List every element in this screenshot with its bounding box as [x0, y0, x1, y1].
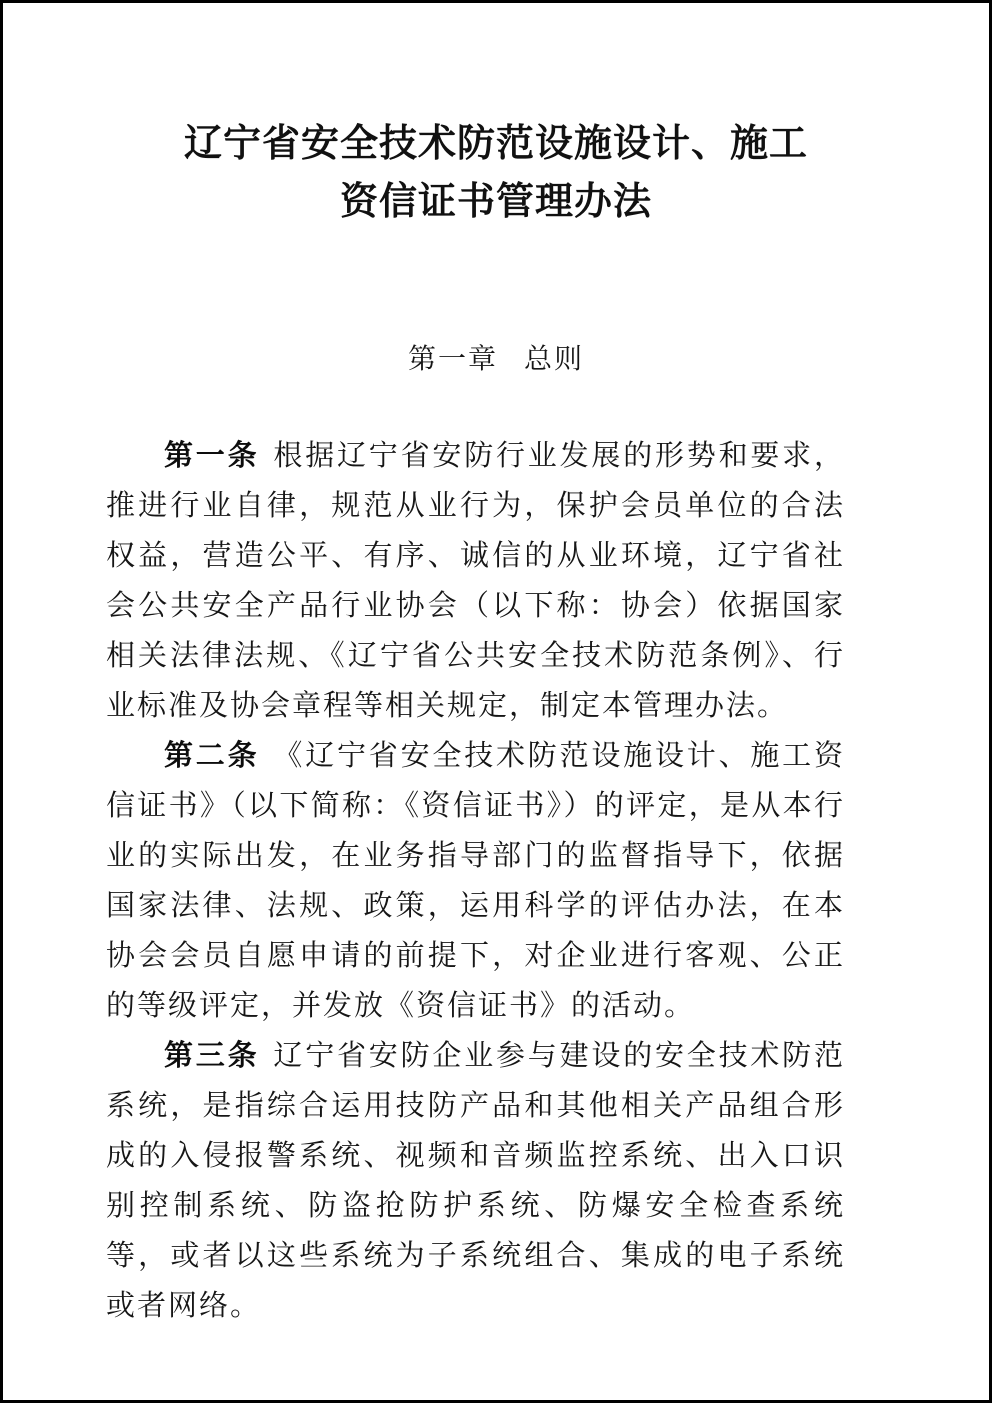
article-1-text: 根据辽宁省安防行业发展的形势和要求，推进行业自律，规范从业行为，保护会员单位的合…	[106, 440, 845, 722]
chapter-label: 第一章	[408, 343, 498, 374]
document-page: 辽宁省安全技术防范设施设计、施工 资信证书管理办法 第一章总则 第一条根据辽宁省…	[0, 0, 992, 1403]
article-3-lead: 第三条	[164, 1040, 259, 1072]
document-title-line-1: 辽宁省安全技术防范设施设计、施工	[3, 115, 989, 173]
article-2-text: 《辽宁省安全技术防范设施设计、施工资信证书》（以下简称：《资信证书》）的评定，是…	[106, 740, 845, 1022]
article-3: 第三条辽宁省安防企业参与建设的安全技术防范系统，是指综合运用技防产品和其他相关产…	[106, 1031, 845, 1331]
article-2-lead: 第二条	[164, 740, 259, 772]
chapter-heading: 第一章总则	[3, 337, 989, 381]
article-3-text: 辽宁省安防企业参与建设的安全技术防范系统，是指综合运用技防产品和其他相关产品组合…	[106, 1040, 845, 1322]
document-body: 第一条根据辽宁省安防行业发展的形势和要求，推进行业自律，规范从业行为，保护会员单…	[3, 431, 989, 1331]
document-title: 辽宁省安全技术防范设施设计、施工 资信证书管理办法	[3, 115, 989, 231]
article-1: 第一条根据辽宁省安防行业发展的形势和要求，推进行业自律，规范从业行为，保护会员单…	[106, 431, 845, 731]
article-2: 第二条《辽宁省安全技术防范设施设计、施工资信证书》（以下简称：《资信证书》）的评…	[106, 731, 845, 1031]
chapter-title: 总则	[524, 343, 584, 374]
article-1-lead: 第一条	[164, 440, 259, 472]
document-title-line-2: 资信证书管理办法	[3, 173, 989, 231]
